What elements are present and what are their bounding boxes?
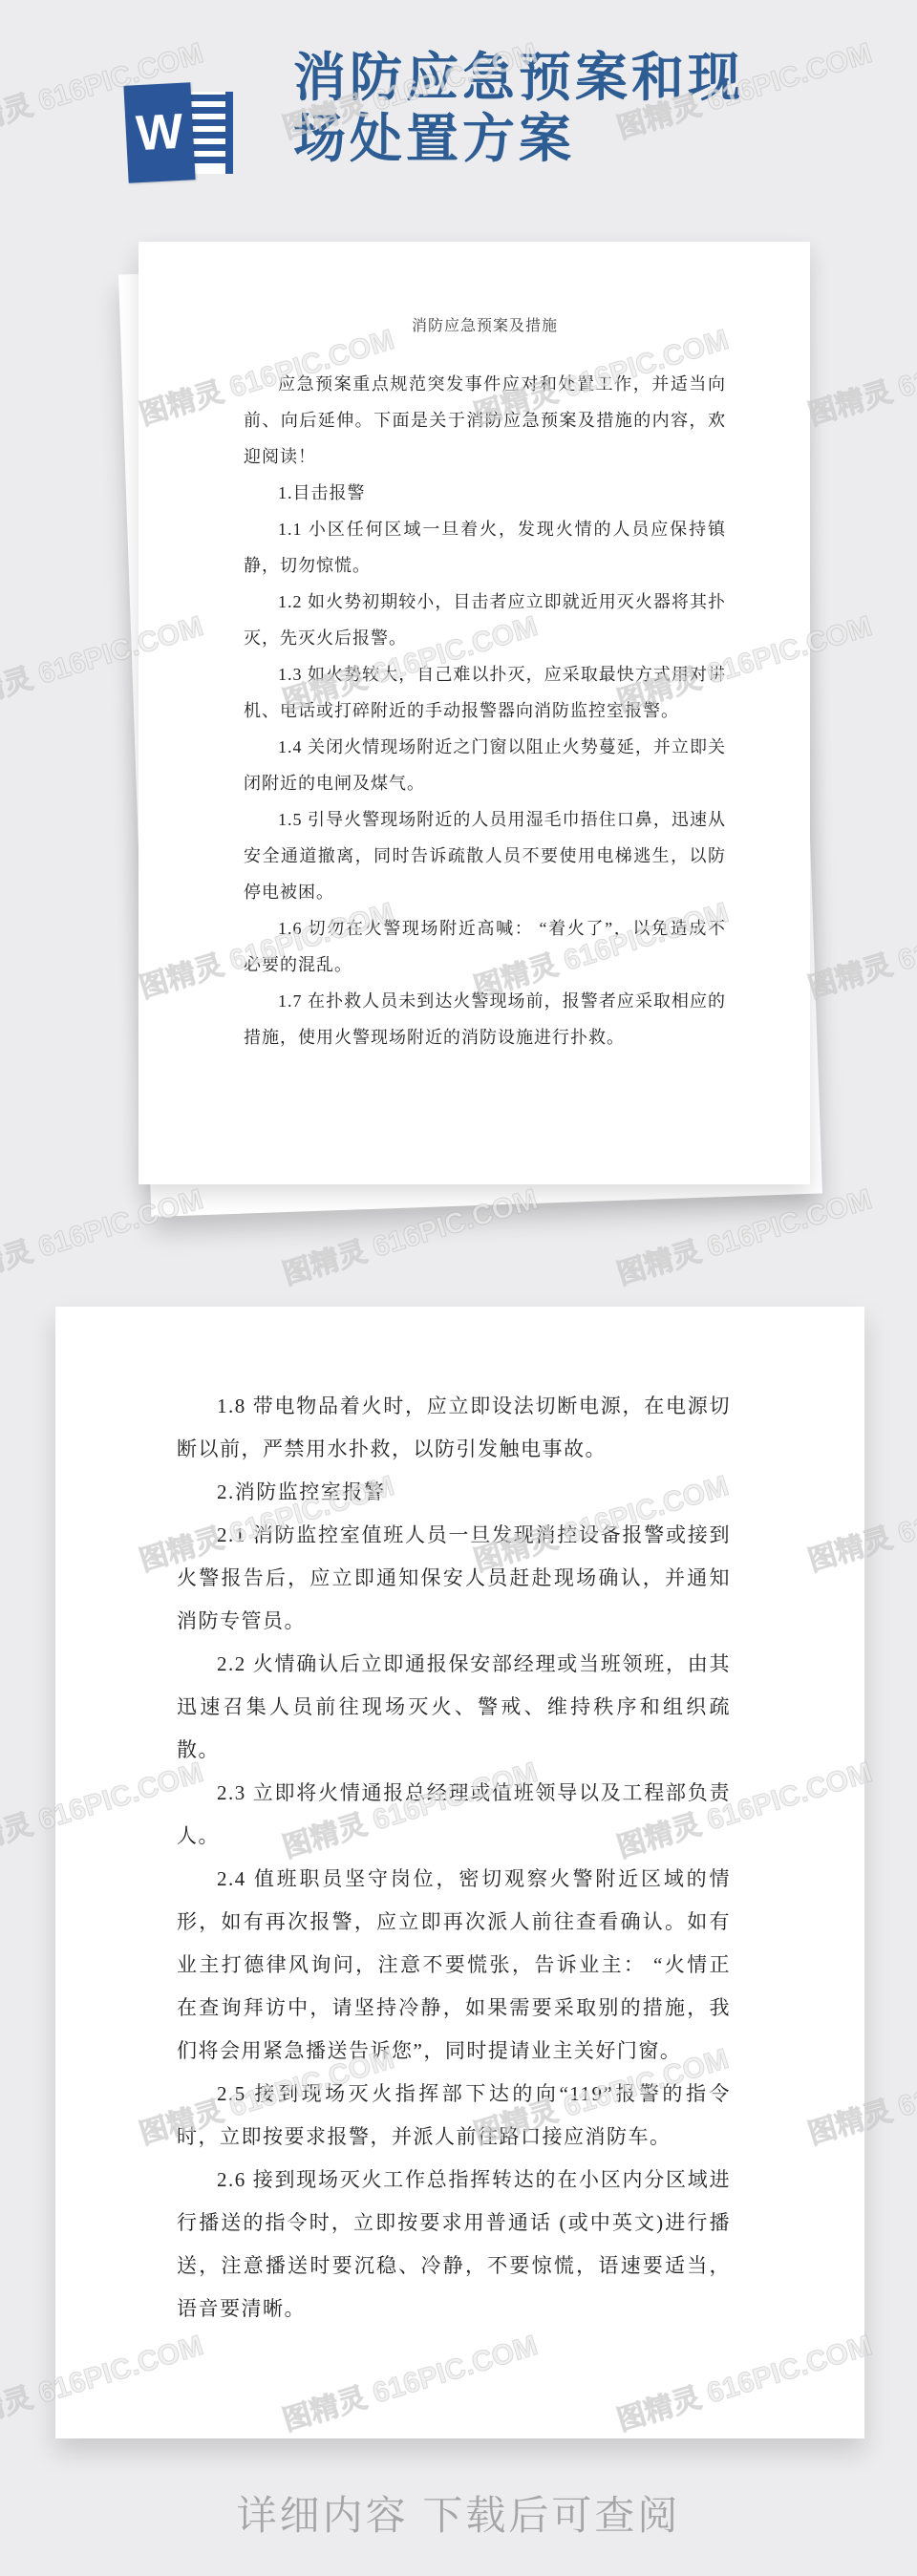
document-preview-stack: 消防应急预案及措施 应急预案重点规范突发事件应对和处置工作，并适当向前、向后延伸… <box>139 242 810 1184</box>
paragraph: 1.2 如火势初期较小，目击者应立即就近用灭火器将其扑灭，先灭火后报警。 <box>244 584 726 656</box>
paragraph: 1.4 关闭火情现场附近之门窗以阻止火势蔓延，并立即关闭附近的电闸及煤气。 <box>244 729 726 801</box>
paragraph: 2.消防监控室报警 <box>177 1471 731 1514</box>
paragraph: 1.目击报警 <box>244 475 726 511</box>
word-icon-letter: W <box>135 107 184 159</box>
site-header: W 消防应急预案和现场处置方案 <box>0 0 917 242</box>
paragraph: 2.3 立即将火情通报总经理或值班领导以及工程部负责人。 <box>177 1772 731 1858</box>
page-root: W 消防应急预案和现场处置方案 消防应急预案及措施 应急预案重点规范突发事件应对… <box>0 0 917 2576</box>
paragraph: 1.1 小区任何区域一旦着火，发现火情的人员应保持镇静，切勿惊慌。 <box>244 511 726 584</box>
paragraph: 1.7 在扑救人员未到达火警现场前，报警者应采取相应的措施，使用火警现场附近的消… <box>244 983 726 1055</box>
paragraph: 2.4 值班职员坚守岗位，密切观察火警附近区域的情形，如有再次报警，应立即再次派… <box>177 1858 731 2073</box>
word-icon: W <box>126 78 245 189</box>
paragraph: 应急预案重点规范突发事件应对和处置工作，并适当向前、向后延伸。下面是关于消防应急… <box>244 366 726 475</box>
watermark-text: 图精灵 616PIC.COM <box>802 316 917 434</box>
document-page-1: 消防应急预案及措施 应急预案重点规范突发事件应对和处置工作，并适当向前、向后延伸… <box>139 242 810 1184</box>
paragraph: 1.8 带电物品着火时，应立即设法切断电源，在电源切断以前，严禁用水扑救，以防引… <box>177 1385 731 1471</box>
document-page-2: 1.8 带电物品着火时，应立即设法切断电源，在电源切断以前，严禁用水扑救，以防引… <box>55 1307 864 2438</box>
paragraph: 1.3 如火势较大，自己难以扑灭，应采取最快方式用对讲机、电话或打碎附近的手动报… <box>244 656 726 729</box>
watermark-text: 图精灵 616PIC.COM <box>802 889 917 1007</box>
word-icon-cover: W <box>123 82 195 183</box>
page-title-line-1: 消防应急预案和现 <box>293 49 744 107</box>
download-note: 详细内容 下载后可查阅 <box>0 2489 917 2543</box>
doc-inner-title: 消防应急预案及措施 <box>244 316 726 337</box>
paragraph: 2.6 接到现场灭火工作总指挥转达的在小区内分区域进行播送的指令时，立即按要求用… <box>177 2159 731 2331</box>
paragraph: 2.2 火情确认后立即通报保安部经理或当班领班，由其迅速召集人员前往现场灭火、警… <box>177 1643 731 1772</box>
page-title: 消防应急预案和现场处置方案 <box>293 48 744 170</box>
paragraph: 1.5 引导火警现场附近的人员用湿毛巾捂住口鼻，迅速从安全通道撤离，同时告诉疏散… <box>244 801 726 910</box>
paragraph: 2.1 消防监控室值班人员一旦发现消控设备报警或接到火警报告后，应立即通知保安人… <box>177 1514 731 1643</box>
paragraph: 1.6 切勿在火警现场附近高喊： “着火了”，以免造成不必要的混乱。 <box>244 910 726 983</box>
paragraph: 2.5 接到现场灭火指挥部下达的向“119”报警的指令时，立即按要求报警，并派人… <box>177 2073 731 2159</box>
page-title-line-2: 场处置方案 <box>293 110 575 168</box>
